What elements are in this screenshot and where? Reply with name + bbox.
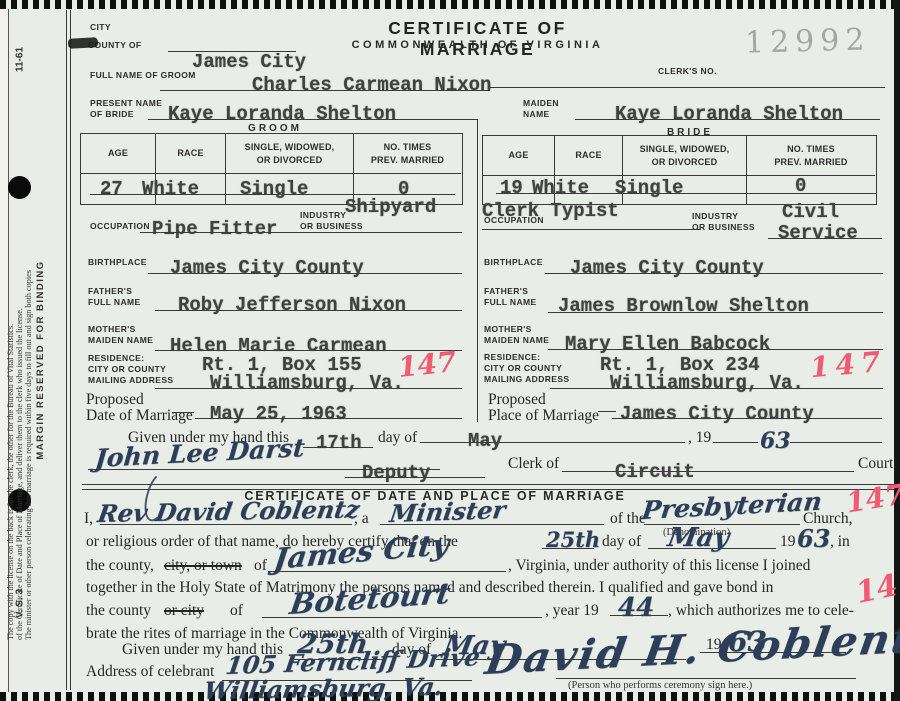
field-line: [303, 447, 373, 448]
groom-full-name: Charles Carmean Nixon: [252, 76, 491, 95]
bond-county-label: the county: [86, 602, 151, 620]
bride-present-name: Kaye Loranda Shelton: [168, 105, 396, 124]
bride-industry-value-line2: Service: [778, 224, 858, 243]
section-divider: [82, 484, 894, 485]
bride-mother-label: MOTHER'S MAIDEN NAME: [484, 324, 549, 346]
bride-residence-label: RESIDENCE: CITY OR COUNTY MAILING ADDRES…: [484, 352, 570, 385]
groom-prev-married-header: NO. TIMES PREV. MARRIED: [354, 134, 461, 174]
clerk-of-text: Clerk of: [508, 455, 559, 473]
bride-status-header: SINGLE, WIDOWED, OR DIVORCED: [623, 136, 746, 176]
cert-year-prefix: 19: [780, 533, 796, 551]
deputy-text: Deputy: [362, 464, 430, 483]
field-line: [160, 90, 490, 91]
groom-mother-label: MOTHER'S MAIDEN NAME: [88, 324, 153, 346]
groom-red-annotation: 147: [396, 345, 458, 384]
bond-year-value: 44: [618, 593, 654, 623]
field-line: [545, 273, 883, 274]
groom-status-header: SINGLE, WIDOWED, OR DIVORCED: [226, 134, 353, 174]
clerk-year-value: 63: [760, 428, 791, 454]
place-of-marriage-label: Place of Marriage: [488, 407, 599, 425]
bride-status-value: Single: [615, 179, 683, 198]
groom-birthplace-value: James City County: [170, 259, 364, 278]
form-number-code: V. S. 3: [15, 579, 26, 629]
bride-present-name-label: PRESENT NAME OF BRIDE: [90, 98, 162, 120]
marriage-certificate-scan: 11-61 The copy with the license on the b…: [0, 0, 900, 701]
field-line: [262, 617, 542, 618]
cert-day-of-text: day of: [602, 533, 641, 551]
clerk-signature: John Lee Darst: [94, 433, 306, 473]
bride-father-label: FATHER'S FULL NAME: [484, 286, 537, 308]
field-line: [148, 119, 478, 120]
cert-of2-text: of: [230, 602, 243, 620]
cert-year-value: 63: [797, 524, 830, 553]
field-line: [380, 524, 604, 525]
proposed-date-value: May 25, 1963: [210, 405, 347, 424]
field-line: [612, 418, 882, 419]
field-line: [148, 273, 462, 274]
clerk-day-of-text: day of: [378, 429, 417, 447]
field-line: [575, 119, 880, 120]
margin-binding-heading: MARGIN RESERVED FOR BINDING: [35, 80, 46, 640]
field-line: [195, 418, 462, 419]
cert-month-value: May: [665, 523, 731, 553]
struck-city-or-town: city, or town: [164, 557, 242, 575]
court-text: Court.: [858, 455, 897, 473]
form-left-border: [66, 10, 67, 690]
field-line: [768, 238, 882, 239]
bride-prev-married-header: NO. TIMES PREV. MARRIED: [747, 136, 875, 176]
field-line: [790, 442, 882, 443]
field-line: [548, 312, 883, 313]
bride-maiden-name: Kaye Loranda Shelton: [615, 105, 843, 124]
cert-county-label: the county,: [86, 557, 154, 575]
bride-birthplace-value: James City County: [570, 259, 764, 278]
margin-note-line2: of the Certificate of Date and Place of …: [15, 80, 24, 640]
groom-occupation-value: Pipe Fitter: [152, 220, 277, 239]
field-line: [100, 524, 352, 525]
commonwealth-subtitle: COMMONWEALTH OF VIRGINIA: [340, 39, 615, 51]
bride-prev-married-value: 0: [795, 177, 806, 196]
bride-industry-value-line1: Civil: [782, 203, 839, 222]
groom-status-value: Single: [240, 180, 308, 199]
margin-note-line3: The copy with the license on the back is…: [6, 80, 15, 640]
cert-of1-text: of: [254, 557, 267, 575]
celebrant-address-line2: Williamsburg, Va.: [202, 672, 445, 701]
virginia-line-text: , Virginia, under authority of this lice…: [508, 557, 810, 575]
date-of-marriage-label: Date of Marriage: [86, 407, 193, 425]
bride-occupation-label: OCCUPATION: [484, 215, 544, 226]
field-line: [550, 388, 883, 389]
groom-mailing-value: Williamsburg, Va.: [210, 374, 404, 393]
groom-race-header: RACE: [156, 134, 225, 174]
bride-age-header: AGE: [483, 136, 554, 176]
clerk-day-value: 17th: [316, 434, 362, 453]
ink-smudge: [68, 37, 98, 49]
bride-red-annotation: 147: [809, 345, 888, 385]
bride-race-value: White: [532, 179, 589, 198]
bride-race-header: RACE: [555, 136, 622, 176]
signature-line: [556, 678, 856, 679]
groom-father-label: FATHER'S FULL NAME: [88, 286, 141, 308]
groom-father-value: Roby Jefferson Nixon: [178, 296, 406, 315]
form-revision-code: 11-61: [15, 38, 26, 82]
form-left-border: [70, 10, 71, 690]
bride-father-value: James Brownlow Shelton: [558, 297, 809, 316]
cert-a-text: , a: [354, 510, 369, 528]
bride-birthplace-label: BIRTHPLACE: [484, 257, 543, 268]
bond-year-prefix-text: , year 19: [545, 602, 599, 620]
field-line: [140, 232, 462, 233]
groom-age-header: AGE: [81, 134, 155, 174]
groom-race-value: White: [142, 180, 199, 199]
cert-in-suffix: , in: [830, 533, 850, 551]
circuit-text: Circuit: [615, 463, 695, 482]
city-label: CITY: [90, 22, 111, 33]
groom-occupation-label: OCCUPATION: [90, 221, 150, 232]
bond-year-suffix-text: , which authorizes me to cele-: [668, 602, 854, 620]
clerk-year-prefix: , 19: [688, 429, 711, 447]
clerk-number-stamp: 12992: [745, 22, 871, 60]
field-line: [713, 442, 758, 443]
proposed-place-value: James City County: [620, 405, 814, 424]
margin-binding-text: The copy with the license on the back is…: [6, 80, 62, 640]
bride-mailing-value: Williamsburg, Va.: [610, 374, 804, 393]
address-label: Address of celebrant: [86, 663, 214, 681]
groom-name-label: FULL NAME OF GROOM: [90, 70, 196, 81]
celebrant-signature: David H. Coblentz: [482, 613, 900, 684]
cert-red-annotation-side: 14: [853, 568, 900, 611]
field-line: [598, 411, 616, 412]
bride-mother-value: Mary Ellen Babcock: [565, 335, 770, 354]
field-line: [172, 412, 194, 413]
groom-residence-label: RESIDENCE: CITY OR COUNTY MAILING ADDRES…: [88, 353, 174, 386]
county-value: James City: [192, 53, 306, 72]
groom-industry-label: INDUSTRY OR BUSINESS: [300, 210, 363, 232]
sign-here-caption: (Person who performs ceremony sign here.…: [568, 680, 752, 691]
field-line: [345, 477, 485, 478]
column-divider: [477, 120, 478, 422]
bride-industry-label: INDUSTRY OR BUSINESS: [692, 211, 755, 233]
struck-or-city: or city: [164, 602, 204, 620]
field-line: [155, 310, 462, 311]
groom-age-value: 27: [100, 180, 123, 199]
field-line: [542, 548, 594, 549]
maiden-name-label: MAIDEN NAME: [523, 98, 559, 120]
perforation-edge-top: [0, 0, 900, 9]
margin-note-line1: The minister or other person celebrating…: [24, 80, 33, 640]
field-line: [155, 388, 462, 389]
field-line: [482, 229, 700, 230]
perforation-edge-bottom: [0, 692, 900, 701]
field-line: [420, 442, 685, 443]
clerks-no-label: CLERK'S NO.: [658, 66, 717, 77]
field-line: [268, 571, 506, 572]
bride-age-value: 19: [500, 179, 523, 198]
cert-i-text: I,: [84, 510, 93, 528]
celebrant-signature-inline: Rev David Coblentz: [96, 494, 362, 528]
field-line: [490, 87, 885, 88]
groom-birthplace-label: BIRTHPLACE: [88, 257, 147, 268]
field-line: [610, 615, 668, 616]
field-line: [562, 471, 854, 472]
